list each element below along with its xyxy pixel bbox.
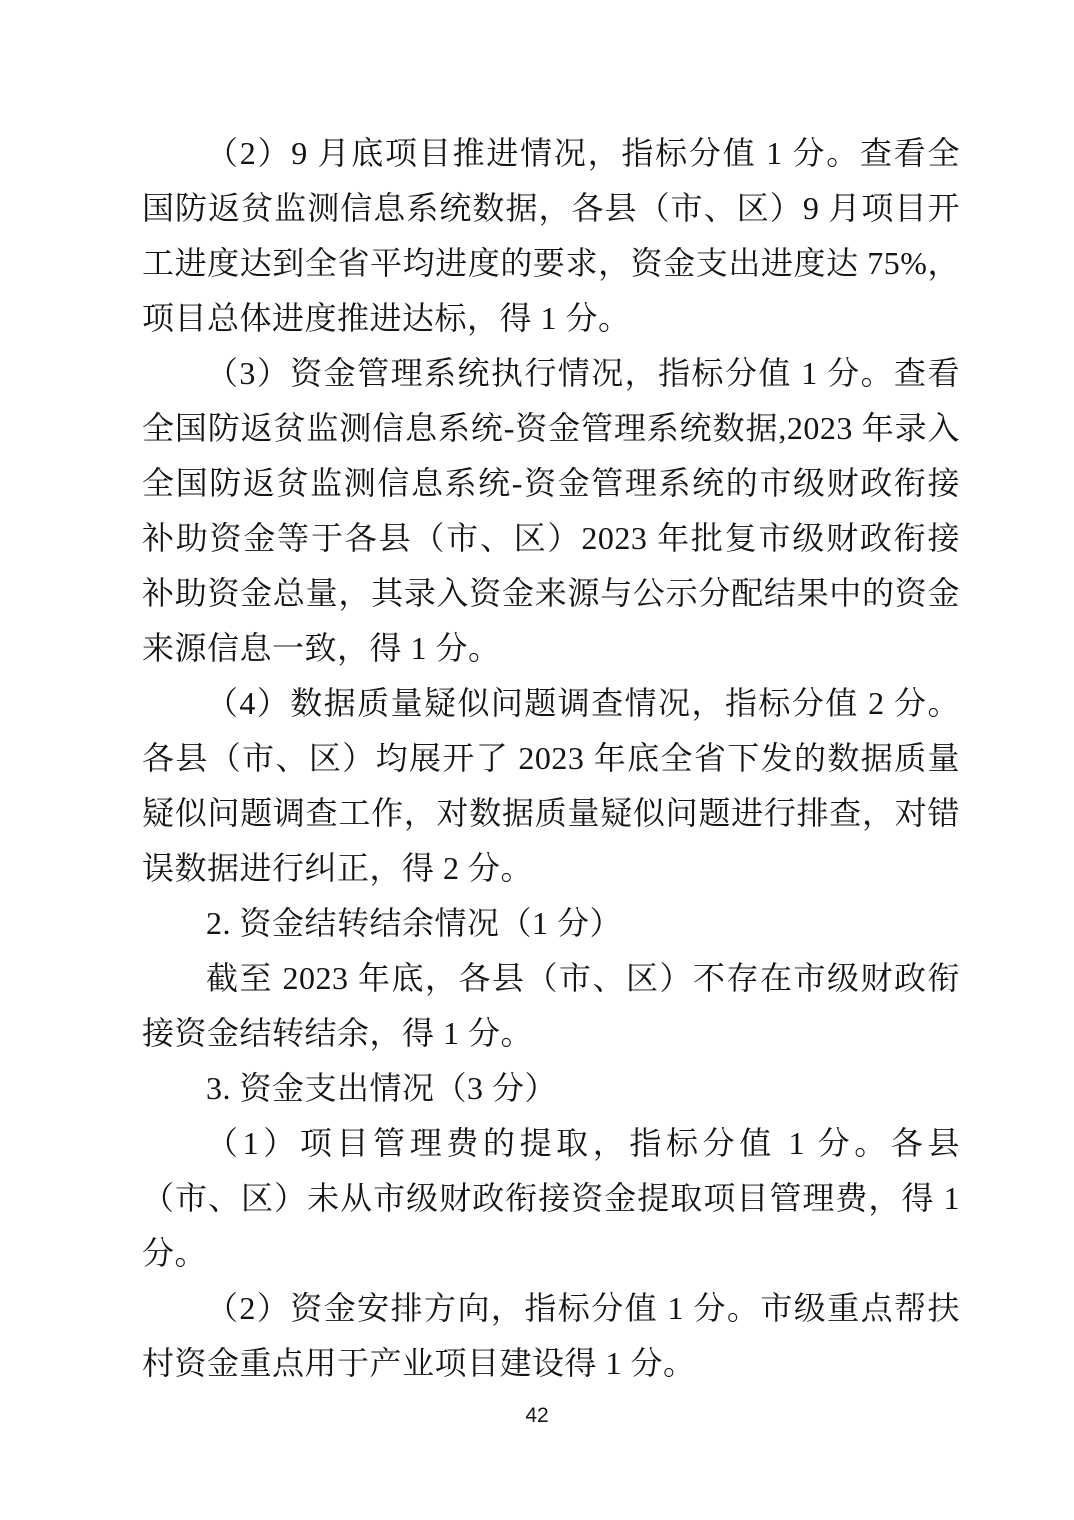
section-heading: 3. 资金支出情况（3 分）	[142, 1061, 960, 1116]
paragraph: 截至 2023 年底，各县（市、区）不存在市级财政衔接资金结转结余，得 1 分。	[142, 951, 960, 1061]
paragraph: （3）资金管理系统执行情况，指标分值 1 分。查看全国防返贫监测信息系统-资金管…	[142, 346, 960, 676]
paragraph: （1）项目管理费的提取，指标分值 1 分。各县（市、区）未从市级财政衔接资金提取…	[142, 1116, 960, 1281]
section-heading: 2. 资金结转结余情况（1 分）	[142, 896, 960, 951]
document-body: （2）9 月底项目推进情况，指标分值 1 分。查看全国防返贫监测信息系统数据，各…	[142, 126, 960, 1391]
paragraph: （4）数据质量疑似问题调查情况，指标分值 2 分。各县（市、区）均展开了 202…	[142, 676, 960, 896]
page-number: 42	[0, 1404, 1074, 1428]
paragraph: （2）9 月底项目推进情况，指标分值 1 分。查看全国防返贫监测信息系统数据，各…	[142, 126, 960, 346]
document-page: （2）9 月底项目推进情况，指标分值 1 分。查看全国防返贫监测信息系统数据，各…	[0, 0, 1074, 1520]
paragraph: （2）资金安排方向，指标分值 1 分。市级重点帮扶村资金重点用于产业项目建设得 …	[142, 1281, 960, 1391]
